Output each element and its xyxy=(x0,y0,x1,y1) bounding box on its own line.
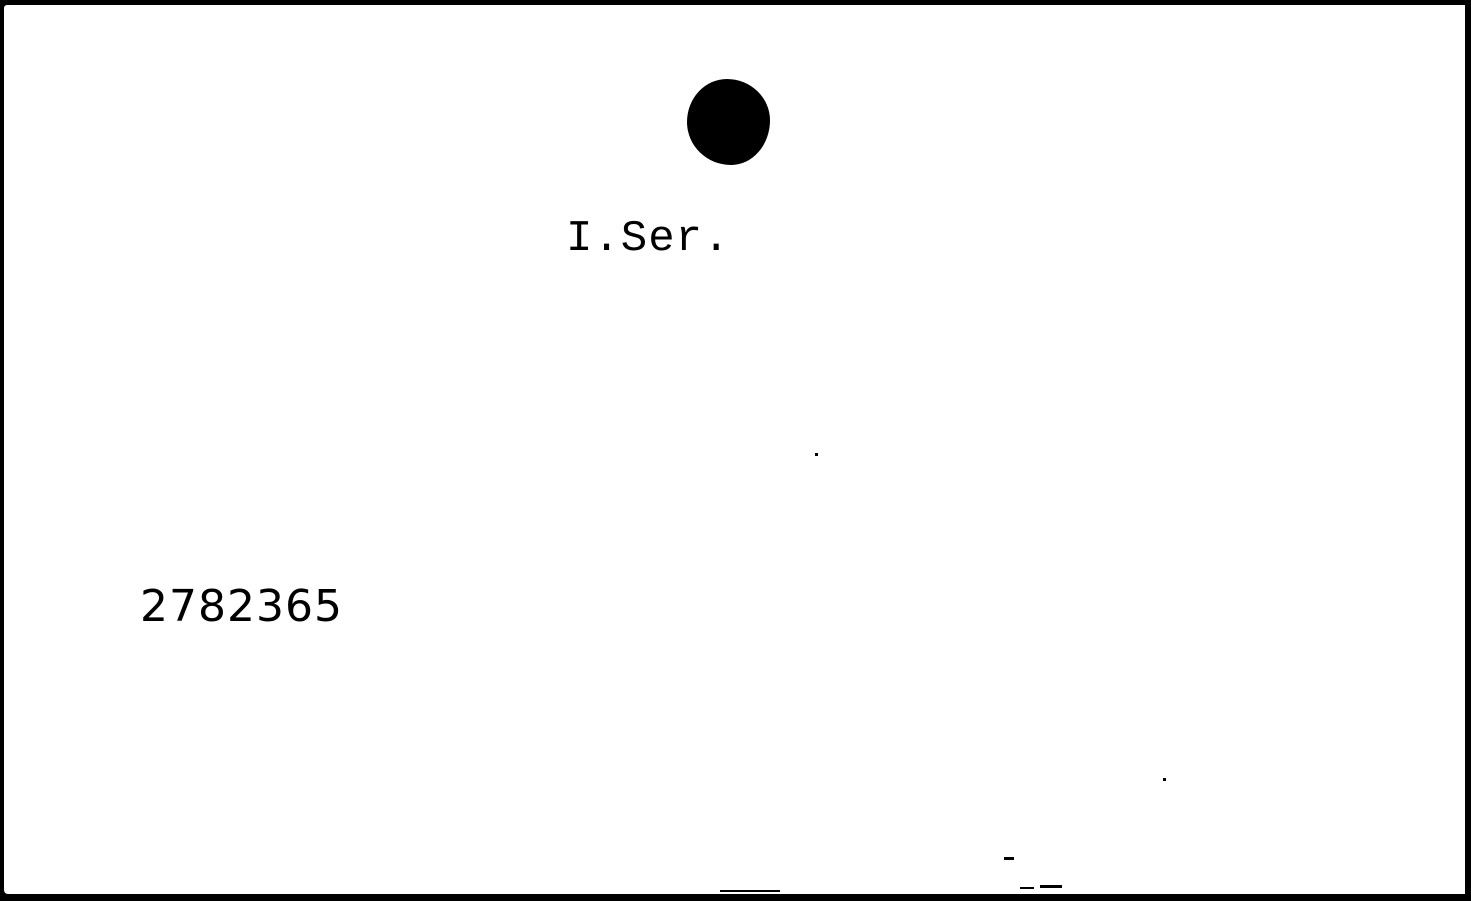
scan-edge-artifact xyxy=(720,890,780,892)
dust-speck xyxy=(1040,885,1062,888)
card-heading: I.Ser. xyxy=(566,217,730,261)
index-card: I.Ser. 2782365 xyxy=(4,5,1465,894)
scan-edge-artifact xyxy=(340,0,380,2)
card-number: 2782365 xyxy=(140,585,343,629)
dust-speck xyxy=(815,453,818,456)
dust-speck xyxy=(1163,778,1166,781)
dust-speck xyxy=(1004,857,1014,860)
punch-hole-icon xyxy=(687,79,770,165)
dust-speck xyxy=(1020,887,1034,889)
